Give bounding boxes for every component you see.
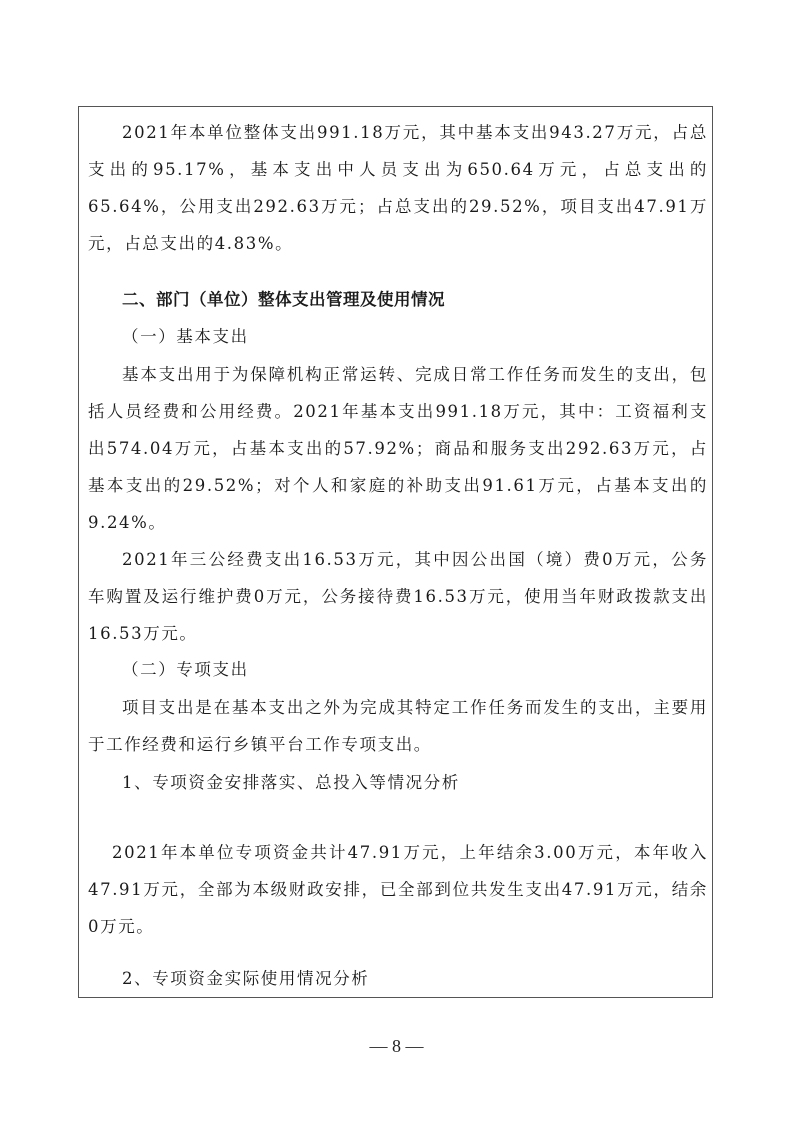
basic-expenditure-paragraph: 基本支出用于为保障机构正常运转、完成日常工作任务而发生的支出，包括人员经费和公用… [88,356,708,541]
subsection-heading-basic-expenditure: （一）基本支出 [88,318,708,355]
section-heading-2: 二、部门（单位）整体支出管理及使用情况 [88,281,708,318]
item-2-heading: 2、专项资金实际使用情况分析 [88,960,708,997]
special-funds-paragraph: 2021年本单位专项资金共计47.91万元，上年结余3.00万元，本年收入47.… [88,834,708,945]
item-1-heading: 1、专项资金安排落实、总投入等情况分析 [88,764,708,801]
three-public-expenses-paragraph: 2021年三公经费支出16.53万元，其中因公出国（境）费0万元，公务车购置及运… [88,541,708,652]
overall-expenditure-paragraph: 2021年本单位整体支出991.18万元，其中基本支出943.27万元，占总支出… [88,114,708,262]
page-number: — 8 — [0,1036,793,1057]
project-expenditure-paragraph: 项目支出是在基本支出之外为完成其特定工作任务而发生的支出，主要用于工作经费和运行… [88,689,708,763]
subsection-heading-special-expenditure: （二）专项支出 [88,651,708,688]
